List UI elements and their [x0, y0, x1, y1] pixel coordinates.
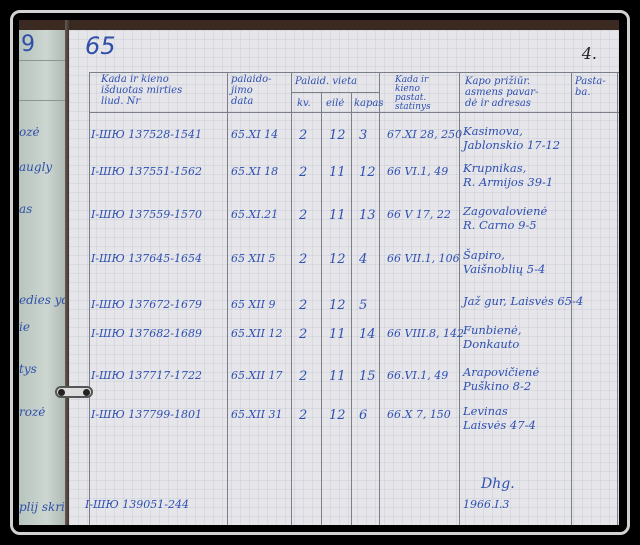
grave-number: 14 — [359, 327, 376, 342]
erected-info: 66 VI.1, 49 — [387, 165, 448, 178]
certificate-number: I-ШЮ 137799-1801 — [91, 408, 202, 421]
grave-number: 13 — [359, 208, 376, 223]
total-certificate: I-ШЮ 139051-244 — [85, 498, 189, 511]
column-border — [227, 72, 228, 525]
caretaker-line: Jaž gur, Laisvės 65-4 — [463, 294, 583, 308]
quarter: 2 — [299, 408, 307, 423]
left-page-rule — [19, 60, 65, 61]
column-border — [321, 92, 322, 525]
certificate-number: I-ШЮ 137559-1570 — [91, 208, 202, 221]
caretaker-line: Krupnikas, — [463, 161, 526, 175]
burial-date: 65.XII 17 — [231, 369, 283, 382]
row-number: 12 — [329, 298, 346, 313]
row-number: 11 — [329, 208, 346, 223]
left-page-fragment: rozė — [19, 405, 45, 419]
erected-info: 67.XI 28, 250 — [387, 128, 462, 141]
erected-info: 66 VII.1, 106 — [387, 252, 460, 265]
caretaker-line: R. Carno 9-5 — [463, 218, 537, 232]
grave-number: 5 — [359, 298, 367, 313]
burial-place-subheader-border — [291, 92, 379, 93]
quarter: 2 — [299, 298, 307, 313]
header-certificate: Kada ir kieno išduotas mirties liud. Nr — [101, 74, 182, 107]
column-border — [379, 72, 380, 525]
signature: Dhg. — [481, 476, 515, 492]
caretaker-line: Kasimova, — [463, 124, 523, 138]
burial-date: 65 XII 5 — [231, 252, 276, 265]
quarter: 2 — [299, 252, 307, 267]
right-page: 65 4. Kada ir kieno išduotas mirties liu… — [69, 30, 619, 525]
quarter: 2 — [299, 165, 307, 180]
burial-date: 65 XII 9 — [231, 298, 276, 311]
certificate-number: I-ШЮ 137528-1541 — [91, 128, 202, 141]
caretaker-line: Laisvės 47-4 — [463, 418, 536, 432]
header-burial-place: Palaid. vieta — [295, 76, 357, 87]
row-number: 12 — [329, 128, 346, 143]
signature-date: 1966.I.3 — [463, 498, 509, 511]
certificate-number: I-ШЮ 137672-1679 — [91, 298, 202, 311]
row-number: 11 — [329, 369, 346, 384]
certificate-number: I-ШЮ 137551-1562 — [91, 165, 202, 178]
column-border — [291, 72, 292, 525]
caretaker-line: Puškino 8-2 — [463, 379, 531, 393]
left-page-fragment: tys — [19, 362, 37, 376]
erected-info: 66 VIII.8, 142 — [387, 327, 464, 340]
page-number: 65 — [85, 32, 116, 60]
binder-ring — [55, 386, 93, 398]
sheet-number: 4. — [582, 44, 597, 63]
quarter: 2 — [299, 369, 307, 384]
header-notes: Pasta- ba. — [575, 76, 606, 98]
erected-info: 66 V 17, 22 — [387, 208, 451, 221]
caretaker-line: Vaišnoblių 5-4 — [463, 262, 545, 276]
erected-info: 66.VI.1, 49 — [387, 369, 448, 382]
left-page: 9 ozė augly as edies yda ie tys rozė pli… — [19, 30, 65, 525]
grave-number: 15 — [359, 369, 376, 384]
left-page-rule — [19, 100, 65, 101]
grave-number: 6 — [359, 408, 367, 423]
ledger-photo: 9 ozė augly as edies yda ie tys rozė pli… — [19, 20, 619, 525]
row-number: 12 — [329, 252, 346, 267]
header-erected: Kada ir kieno pastat. statinys — [395, 76, 431, 112]
left-page-number: 9 — [21, 32, 35, 57]
caretaker-line: Donkauto — [463, 337, 519, 351]
caretaker-line: Zagovalovienė — [463, 204, 547, 218]
grave-number: 4 — [359, 252, 367, 267]
row-number: 12 — [329, 408, 346, 423]
row-number: 11 — [329, 327, 346, 342]
table-top-border — [89, 72, 619, 73]
header-bottom-border — [89, 112, 619, 113]
quarter: 2 — [299, 128, 307, 143]
burial-date: 65.XI 14 — [231, 128, 278, 141]
burial-date: 65.XII 31 — [231, 408, 283, 421]
header-burial-date: palaido- jimo data — [231, 74, 272, 107]
caretaker-line: Arapovičienė — [463, 365, 539, 379]
header-quarter: kv. — [297, 98, 311, 109]
caretaker-line: Funbienė, — [463, 323, 522, 337]
left-page-fragment: ozė — [19, 125, 40, 139]
burial-date: 65.XII 12 — [231, 327, 283, 340]
caretaker-line: Jablonskio 17-12 — [463, 138, 560, 152]
quarter: 2 — [299, 327, 307, 342]
grave-number: 3 — [359, 128, 367, 143]
left-page-fragment: as — [19, 202, 32, 216]
certificate-number: I-ШЮ 137717-1722 — [91, 369, 202, 382]
row-number: 11 — [329, 165, 346, 180]
caretaker-line: Levinas — [463, 404, 508, 418]
burial-date: 65.XI 18 — [231, 165, 278, 178]
erected-info: 66.X 7, 150 — [387, 408, 451, 421]
quarter: 2 — [299, 208, 307, 223]
column-border — [351, 92, 352, 525]
left-page-fragment: ie — [19, 320, 30, 334]
certificate-number: I-ШЮ 137682-1689 — [91, 327, 202, 340]
left-page-fragment: plij skri — [19, 500, 65, 514]
caretaker-line: R. Armijos 39-1 — [463, 175, 553, 189]
left-page-fragment: augly — [19, 160, 52, 174]
caretaker-line: Šapiro, — [463, 248, 505, 262]
column-border — [617, 72, 618, 525]
header-caretaker: Kapo prižiūr. asmens pavar- dė ir adresa… — [465, 76, 538, 109]
burial-date: 65.XI.21 — [231, 208, 278, 221]
header-grave: kapas — [354, 98, 384, 109]
certificate-number: I-ШЮ 137645-1654 — [91, 252, 202, 265]
column-border — [89, 72, 90, 525]
header-row: eilė — [326, 98, 344, 109]
grave-number: 12 — [359, 165, 376, 180]
